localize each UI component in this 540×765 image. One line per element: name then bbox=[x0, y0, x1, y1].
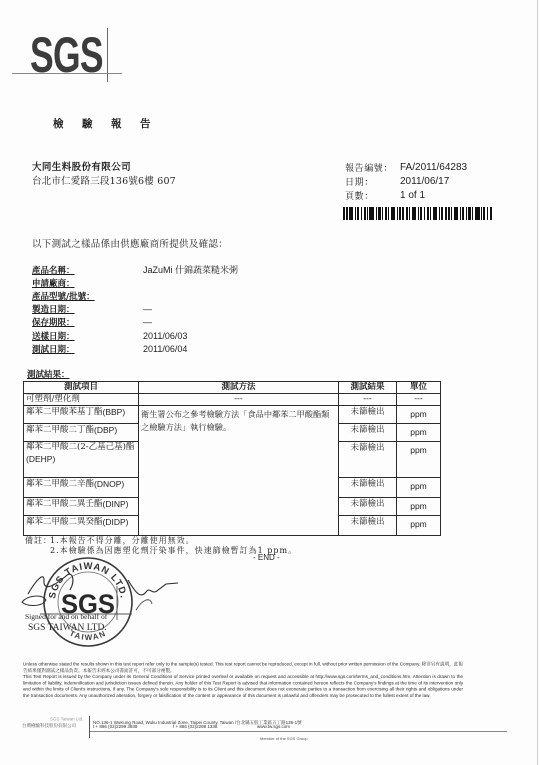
item-abbreviation: (BBP) bbox=[103, 407, 126, 417]
results-table: 測試項目 測試方法 測試結果 單位 可塑劑/塑化劑 --- --- --- 鄰苯… bbox=[23, 381, 441, 536]
page-count-label: 頁數： bbox=[345, 189, 400, 202]
result-cell: 未篩檢出 bbox=[339, 498, 397, 516]
item-abbreviation: (DINP) bbox=[103, 499, 129, 509]
document-title: 檢驗報告 bbox=[53, 116, 169, 131]
item-name: 鄰苯二甲酸二(2-乙基己基)酯 bbox=[26, 442, 134, 452]
result-cell: 未篩檢出 bbox=[339, 478, 397, 498]
client-name: 大同生料股份有限公司 bbox=[32, 159, 131, 173]
footer-rule bbox=[90, 731, 507, 732]
report-date-label: 日期： bbox=[345, 175, 400, 188]
client-address: 台北市仁愛路三段136號6樓 607 bbox=[32, 173, 176, 187]
item-cell: 鄰苯二甲酸苯基丁酯(BBP) bbox=[24, 406, 139, 424]
item-cell: 鄰苯二甲酸二辛酯(DNOP) bbox=[24, 478, 139, 498]
logo-horizontal-rule bbox=[12, 73, 122, 74]
page-count-row: 頁數： 1 of 1 bbox=[345, 188, 467, 202]
item-abbreviation: (DIDP) bbox=[103, 517, 129, 527]
unit-cell: ppm bbox=[397, 442, 441, 478]
sample-field-row: 申請廠商： bbox=[32, 276, 238, 289]
item-abbreviation: (DNOP) bbox=[94, 479, 124, 489]
unit-cell: ppm bbox=[397, 424, 441, 442]
signature-stroke bbox=[136, 600, 152, 610]
footer-phone: t + 886 (02)2299 3939 bbox=[93, 724, 137, 729]
item-name: 鄰苯二甲酸二異癸酯 bbox=[26, 517, 103, 527]
sample-field-row: 送樣日期： 2011/06/03 bbox=[32, 329, 238, 342]
unit-cell: ppm bbox=[397, 498, 441, 516]
received-date-label: 送樣日期： bbox=[32, 330, 143, 342]
item-name: 鄰苯二甲酸二丁酯 bbox=[26, 425, 94, 435]
sample-field-row: 製造日期： — bbox=[32, 303, 238, 316]
result-cell: 未篩檢出 bbox=[339, 406, 397, 424]
sample-fields: 產品名稱： JaZuMi 什錦蔬菜糙米粥 申請廠商： 產品型號/批號： 製造日期… bbox=[32, 263, 238, 355]
footer-member-text: Member of the SGS Group bbox=[260, 737, 308, 742]
result-cell: 未篩檢出 bbox=[339, 516, 397, 536]
table-header-row: 測試項目 測試方法 測試結果 單位 bbox=[24, 382, 441, 394]
footer-divider bbox=[89, 716, 90, 738]
item-cell: 鄰苯二甲酸二異癸酯(DIDP) bbox=[24, 516, 139, 536]
footer-company-en: SGS Taiwan Ltd. bbox=[50, 717, 83, 722]
shelf-life-value: — bbox=[143, 317, 152, 327]
footer-fax: f + 886 (02)2298 1338 bbox=[173, 724, 217, 729]
item-name: 鄰苯二甲酸二異壬酯 bbox=[26, 499, 103, 509]
result-cell: 未篩檢出 bbox=[339, 442, 397, 478]
footer-company-zh: 台灣檢驗科技股份有限公司 bbox=[22, 722, 76, 729]
sgs-stamp: SGS TAIWAN LTD. TAIWAN SGS Signed for an… bbox=[0, 550, 180, 642]
sample-field-row: 保存期限： — bbox=[32, 316, 238, 329]
unit-cell: --- bbox=[397, 394, 441, 406]
scan-page-edge bbox=[537, 0, 538, 765]
disclaimer-paragraph: This Test Report is issued by the Compan… bbox=[23, 673, 463, 698]
item-abbreviation: (DEHP) bbox=[26, 454, 55, 464]
notes-label: 備註： bbox=[25, 535, 52, 546]
logo-vertical-rule bbox=[107, 28, 108, 82]
sample-intro: 以下測試之樣品係由供應廠商所提供及確認： bbox=[32, 236, 228, 250]
item-cell: 可塑劑/塑化劑 bbox=[24, 394, 139, 406]
item-cell: 鄰苯二甲酸二(2-乙基己基)酯 (DEHP) bbox=[24, 442, 139, 478]
barcode bbox=[343, 207, 493, 220]
report-number-row: 報告編號： FA/2011/64283 bbox=[345, 160, 467, 174]
sample-field-row: 產品型號/批號： bbox=[32, 289, 238, 302]
item-name: 鄰苯二甲酸二辛酯 bbox=[26, 479, 94, 489]
item-name: 可塑劑/塑化劑 bbox=[26, 394, 80, 404]
manufacture-date-value: — bbox=[143, 304, 152, 314]
method-cell: --- bbox=[139, 394, 339, 406]
sample-field-row: 測試日期： 2011/06/04 bbox=[32, 342, 238, 355]
report-number-label: 報告編號： bbox=[345, 161, 400, 174]
signature-stroke bbox=[128, 580, 178, 595]
table-row: 可塑劑/塑化劑 --- --- --- bbox=[24, 394, 441, 406]
item-cell: 鄰苯二甲酸二異壬酯(DINP) bbox=[24, 498, 139, 516]
test-date-label: 測試日期： bbox=[32, 343, 143, 355]
product-name-label: 產品名稱： bbox=[32, 264, 143, 276]
signed-for-text: Signed for and on behalf of bbox=[25, 612, 108, 621]
legal-disclaimer: Unless otherwise stated the results show… bbox=[23, 661, 463, 699]
column-header-result: 測試結果 bbox=[339, 382, 397, 394]
results-title: 測試結果： bbox=[27, 368, 70, 380]
manufacture-date-label: 製造日期： bbox=[32, 303, 143, 315]
signature-loop bbox=[22, 596, 46, 605]
method-cell: 衛生署公布之參考檢驗方法「食品中鄰苯二甲酸酯類之檢驗方法」執行檢驗。 bbox=[139, 406, 339, 536]
item-cell: 鄰苯二甲酸二丁酯(DBP) bbox=[24, 424, 139, 442]
sample-field-row: 產品名稱： JaZuMi 什錦蔬菜糙米粥 bbox=[32, 263, 238, 276]
column-header-unit: 單位 bbox=[397, 382, 441, 394]
test-report-page: SGS 檢驗報告 大同生料股份有限公司 台北市仁愛路三段136號6樓 607 報… bbox=[0, 0, 540, 765]
item-abbreviation: (DBP) bbox=[94, 425, 117, 435]
item-name: 鄰苯二甲酸苯基丁酯 bbox=[26, 407, 103, 417]
table-row: 鄰苯二甲酸苯基丁酯(BBP) 衛生署公布之參考檢驗方法「食品中鄰苯二甲酸酯類之檢… bbox=[24, 406, 441, 424]
model-batch-label: 產品型號/批號： bbox=[32, 290, 143, 302]
product-name-value: JaZuMi 什錦蔬菜糙米粥 bbox=[143, 263, 238, 276]
received-date-value: 2011/06/03 bbox=[143, 331, 187, 341]
column-header-item: 測試項目 bbox=[24, 382, 139, 394]
unit-cell: ppm bbox=[397, 516, 441, 536]
shelf-life-label: 保存期限： bbox=[32, 316, 143, 328]
report-info: 報告編號： FA/2011/64283 日期： 2011/06/17 頁數： 1… bbox=[345, 160, 467, 202]
disclaimer-paragraph: Unless otherwise stated the results show… bbox=[23, 661, 463, 674]
result-cell: 未篩檢出 bbox=[339, 424, 397, 442]
test-date-value: 2011/06/04 bbox=[143, 344, 187, 354]
signed-company-text: SGS TAIWAN LTD. bbox=[28, 623, 107, 633]
report-number-value: FA/2011/64283 bbox=[400, 162, 467, 173]
result-cell: --- bbox=[339, 394, 397, 406]
end-mark: - END - bbox=[253, 553, 280, 562]
footer-website: www.tw.sgs.com bbox=[257, 724, 290, 729]
page-count-value: 1 of 1 bbox=[400, 190, 425, 201]
report-date-row: 日期： 2011/06/17 bbox=[345, 174, 467, 188]
column-header-method: 測試方法 bbox=[139, 382, 339, 394]
unit-cell: ppm bbox=[397, 406, 441, 424]
unit-cell: ppm bbox=[397, 478, 441, 498]
page-footer: SGS Taiwan Ltd. 台灣檢驗科技股份有限公司 NO.136-1 Wu… bbox=[0, 712, 540, 765]
report-date-value: 2011/06/17 bbox=[400, 176, 449, 187]
applicant-label: 申請廠商： bbox=[32, 277, 143, 289]
